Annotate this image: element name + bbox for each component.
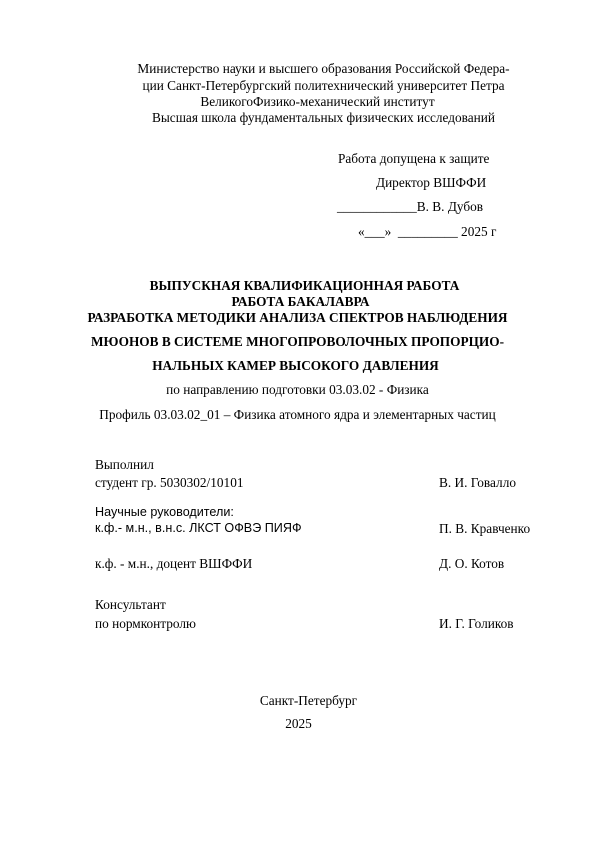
school-line: Высшая школа фундаментальных физических …: [26, 110, 595, 126]
approval-line: Работа допущена к защите: [338, 151, 489, 167]
consultant-role: по нормконтролю: [95, 616, 196, 632]
director-name: В. В. Дубов: [417, 199, 483, 214]
supervisor-2-role: к.ф. - м.н., доцент ВШФФИ: [95, 556, 252, 572]
consultant-name: И. Г. Голиков: [439, 616, 514, 632]
student-name: В. И. Говалло: [439, 475, 516, 491]
director-signature: ____________В. В. Дубов: [337, 199, 483, 215]
year: 2025: [1, 716, 595, 732]
ministry-line-2: ции Санкт-Петербургский политехнический …: [26, 78, 595, 94]
supervisor-1-role: к.ф.- м.н., в.н.с. ЛКСТ ОФВЭ ПИЯФ: [95, 521, 302, 535]
institute-line: ВеликогоФизико-механический институт: [20, 94, 595, 110]
city: Санкт-Петербург: [11, 693, 595, 709]
director-title: Директор ВШФФИ: [376, 175, 486, 191]
work-type-line-1: ВЫПУСКНАЯ КВАЛИФИКАЦИОННАЯ РАБОТА: [7, 278, 595, 294]
supervisors-label: Научные руководители:: [95, 505, 234, 519]
approval-date: «___» _________ 2025 г: [358, 224, 496, 240]
performer-label: Выполнил: [95, 457, 154, 473]
profile-line: Профиль 03.03.02_01 – Физика атомного яд…: [0, 407, 595, 423]
topic-line-1: РАЗРАБОТКА МЕТОДИКИ АНАЛИЗА СПЕКТРОВ НАБ…: [0, 310, 595, 326]
consultant-label: Консультант: [95, 597, 166, 613]
supervisor-2-name: Д. О. Котов: [439, 556, 504, 572]
supervisor-1-name: П. В. Кравченко: [439, 521, 530, 537]
direction-line: по направлению подготовки 03.03.02 - Физ…: [0, 382, 595, 398]
signature-blank: ____________: [337, 199, 417, 214]
topic-line-3: НАЛЬНЫХ КАМЕР ВЫСОКОГО ДАВЛЕНИЯ: [0, 358, 593, 374]
work-type-line-2: РАБОТА БАКАЛАВРА: [3, 294, 595, 310]
student-role: студент гр. 5030302/10101: [95, 475, 244, 491]
topic-line-2: МЮОНОВ В СИСТЕМЕ МНОГОПРОВОЛОЧНЫХ ПРОПОР…: [0, 334, 595, 350]
ministry-line-1: Министерство науки и высшего образования…: [26, 61, 595, 77]
